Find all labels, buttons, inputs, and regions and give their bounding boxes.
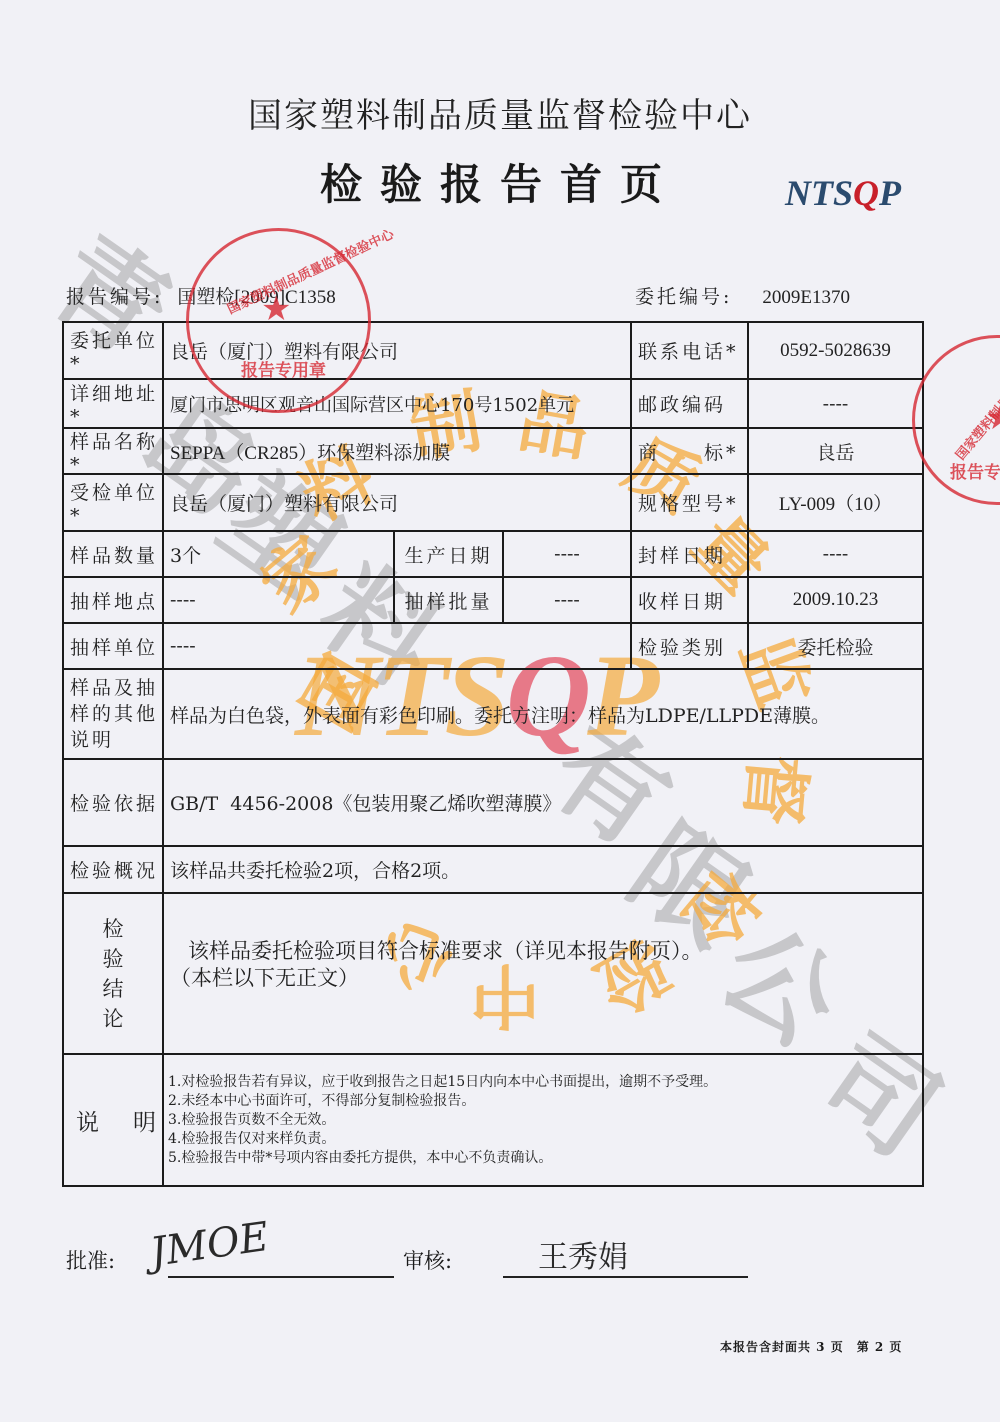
star-icon: ★ bbox=[985, 398, 1000, 438]
logo-suffix: P bbox=[879, 173, 901, 213]
commission-number-label: 委托编号: bbox=[635, 286, 732, 308]
logo-prefix: NTS bbox=[785, 173, 853, 213]
stamp-text: 报告专用章 bbox=[950, 458, 1000, 483]
official-stamp: 国家塑料制品质量监督检验中心 ★ 报告专用章 bbox=[186, 228, 371, 413]
org-title: 国家塑料制品质量监督检验中心 bbox=[0, 88, 1000, 137]
commission-number: 委托编号:2009E1370 bbox=[635, 282, 850, 309]
inspection-type-label: 检验类别 bbox=[632, 624, 747, 668]
report-number-label: 报告编号: bbox=[66, 286, 163, 308]
quantity-label: 样品数量 bbox=[64, 532, 162, 576]
conclusion-line-2: （本栏以下无正文） bbox=[170, 965, 359, 992]
other-notes-value: 样品为白色袋，外表面有彩色印刷。委托方注明：样品为LDPE/LLPDE薄膜。 bbox=[164, 670, 922, 758]
conclusion-label: 检 验 结 论 bbox=[64, 894, 162, 1053]
official-stamp-right: 国家塑料制品质量监督检验中心 ★ 报告专用章 bbox=[912, 335, 1000, 505]
phone-value: 0592-5028639 bbox=[749, 323, 922, 378]
sampling-place-label: 抽样地点 bbox=[64, 578, 162, 622]
review-line bbox=[503, 1276, 748, 1278]
stamp-ring-text: 国家塑料制品质量监督检验中心 bbox=[224, 223, 397, 317]
seal-date-value: ---- bbox=[749, 532, 922, 576]
approve-label: 批准: bbox=[66, 1245, 115, 1275]
notes-list: 1.对检验报告若有异议，应于收到报告之日起15日内向本中心书面提出，逾期不予受理… bbox=[164, 1055, 922, 1185]
note-item: 1.对检验报告若有异议，应于收到报告之日起15日内向本中心书面提出，逾期不予受理… bbox=[168, 1073, 717, 1092]
sampling-unit-value: ---- bbox=[164, 624, 630, 668]
receive-date-value: 2009.10.23 bbox=[749, 578, 922, 622]
inspection-type-value: 委托检验 bbox=[749, 624, 922, 668]
client-label: 委托单位* bbox=[64, 323, 162, 378]
trademark-label: 商 标* bbox=[632, 429, 747, 473]
receive-date-label: 收样日期 bbox=[632, 578, 747, 622]
sample-name-value: SEPPA（CR285）环保塑料添加膜 bbox=[164, 429, 630, 473]
note-item: 3.检验报告页数不全无效。 bbox=[168, 1111, 335, 1130]
quantity-value: 3个 bbox=[164, 532, 393, 576]
sampling-unit-label: 抽样单位 bbox=[64, 624, 162, 668]
commission-number-value: 2009E1370 bbox=[762, 287, 850, 308]
basis-label: 检验依据 bbox=[64, 760, 162, 845]
logo-q: Q bbox=[853, 173, 879, 213]
inspected-unit-value: 良岳（厦门）塑料有限公司 bbox=[164, 475, 630, 530]
ntsqp-logo: NTSQP bbox=[785, 172, 901, 214]
notes-label-2: 明 bbox=[133, 1104, 156, 1137]
note-item: 4.检验报告仅对来样负责。 bbox=[168, 1130, 335, 1149]
summary-value: 该样品共委托检验2项，合格2项。 bbox=[164, 847, 922, 892]
stamp-ring-text: 国家塑料制品质量监督检验中心 bbox=[950, 312, 1000, 464]
sampling-place-value: ---- bbox=[164, 578, 393, 622]
star-icon: ★ bbox=[261, 289, 291, 329]
approve-line bbox=[168, 1276, 394, 1278]
phone-label: 联系电话* bbox=[632, 323, 747, 378]
conclusion-line-1: 该样品委托检验项目符合标准要求（详见本报告附页）。 bbox=[170, 938, 703, 965]
conclusion-value: 该样品委托检验项目符合标准要求（详见本报告附页）。 （本栏以下无正文） bbox=[164, 894, 922, 1053]
sampling-batch-value: ---- bbox=[504, 578, 630, 622]
report-table: 委托单位* 良岳（厦门）塑料有限公司 联系电话* 0592-5028639 详细… bbox=[62, 321, 922, 1187]
postcode-value: ---- bbox=[749, 380, 922, 427]
review-signature: 王秀娟 bbox=[538, 1232, 628, 1276]
production-date-value: ---- bbox=[504, 532, 630, 576]
basis-value: GB/T 4456-2008《包装用聚乙烯吹塑薄膜》 bbox=[164, 760, 922, 845]
model-value: LY-009（10） bbox=[749, 475, 922, 530]
postcode-label: 邮政编码 bbox=[632, 380, 747, 427]
sampling-batch-label: 抽样批量 bbox=[395, 578, 502, 622]
production-date-label: 生产日期 bbox=[395, 532, 502, 576]
other-notes-label: 样品及抽 样的其他 说明 bbox=[64, 670, 162, 758]
notes-label: 说明 bbox=[64, 1055, 162, 1185]
seal-date-label: 封样日期 bbox=[632, 532, 747, 576]
address-label: 详细地址* bbox=[64, 380, 162, 427]
review-label: 审核: bbox=[403, 1245, 452, 1275]
summary-label: 检验概况 bbox=[64, 847, 162, 892]
note-item: 5.检验报告中带*号项内容由委托方提供，本中心不负责确认。 bbox=[168, 1149, 552, 1168]
notes-label-1: 说 bbox=[76, 1104, 99, 1137]
page-info: 本报告含封面共 3 页 第 2 页 bbox=[720, 1338, 902, 1355]
note-item: 2.未经本中心书面许可，不得部分复制检验报告。 bbox=[168, 1092, 475, 1111]
stamp-text: 报告专用章 bbox=[241, 356, 326, 381]
trademark-value: 良岳 bbox=[749, 429, 922, 473]
approve-signature: JMOE bbox=[147, 1214, 271, 1276]
sample-name-label: 样品名称* bbox=[64, 429, 162, 473]
model-label: 规格型号* bbox=[632, 475, 747, 530]
inspected-unit-label: 受检单位* bbox=[64, 475, 162, 530]
